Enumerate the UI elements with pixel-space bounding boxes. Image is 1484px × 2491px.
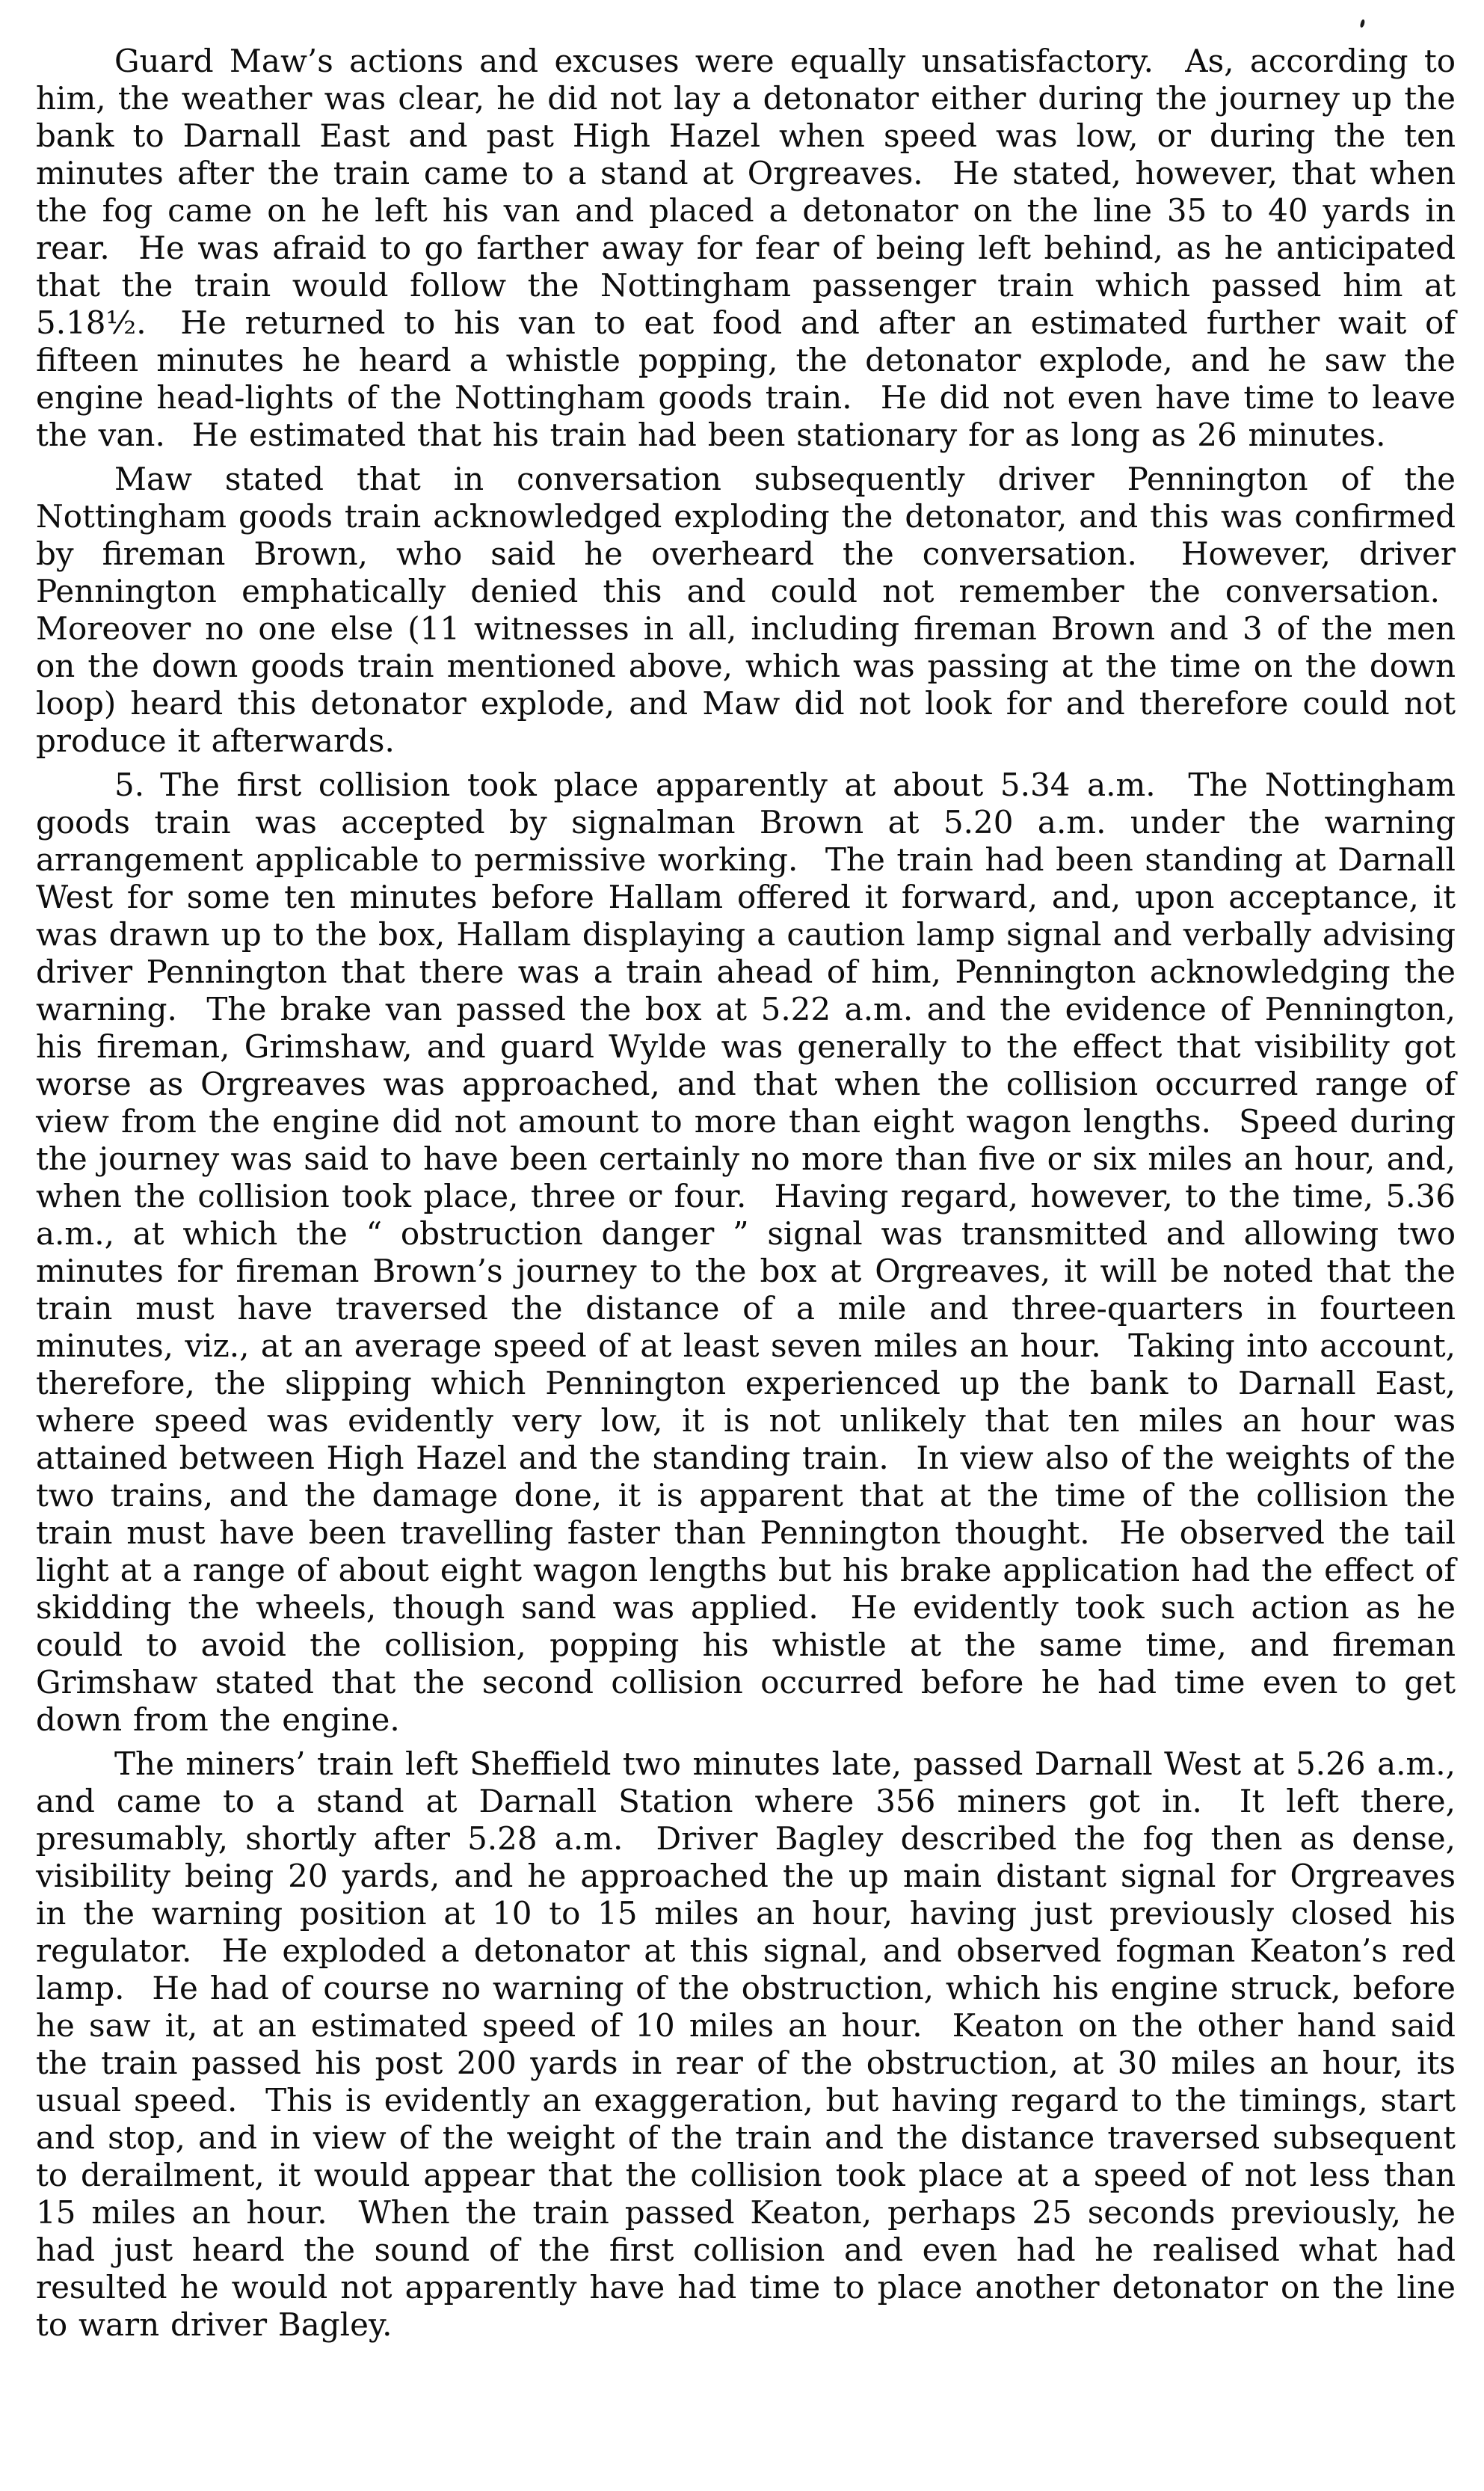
paragraph-text: The first collision took place apparentl… — [36, 767, 1456, 1738]
paragraph-guard-maw: Guard Maw’s actions and excuses were equ… — [36, 43, 1456, 454]
paragraph-maw-conversation: Maw stated that in conversation subseque… — [36, 461, 1456, 760]
scan-speck — [1359, 19, 1365, 28]
report-page: Guard Maw’s actions and excuses were equ… — [0, 0, 1484, 2491]
paragraph-miners-train: The miners’ train left Sheffield two min… — [36, 1745, 1456, 2344]
paragraph-5-first-collision: 5. The first collision took place appare… — [36, 767, 1456, 1739]
paragraph-number: 5. — [114, 767, 144, 803]
